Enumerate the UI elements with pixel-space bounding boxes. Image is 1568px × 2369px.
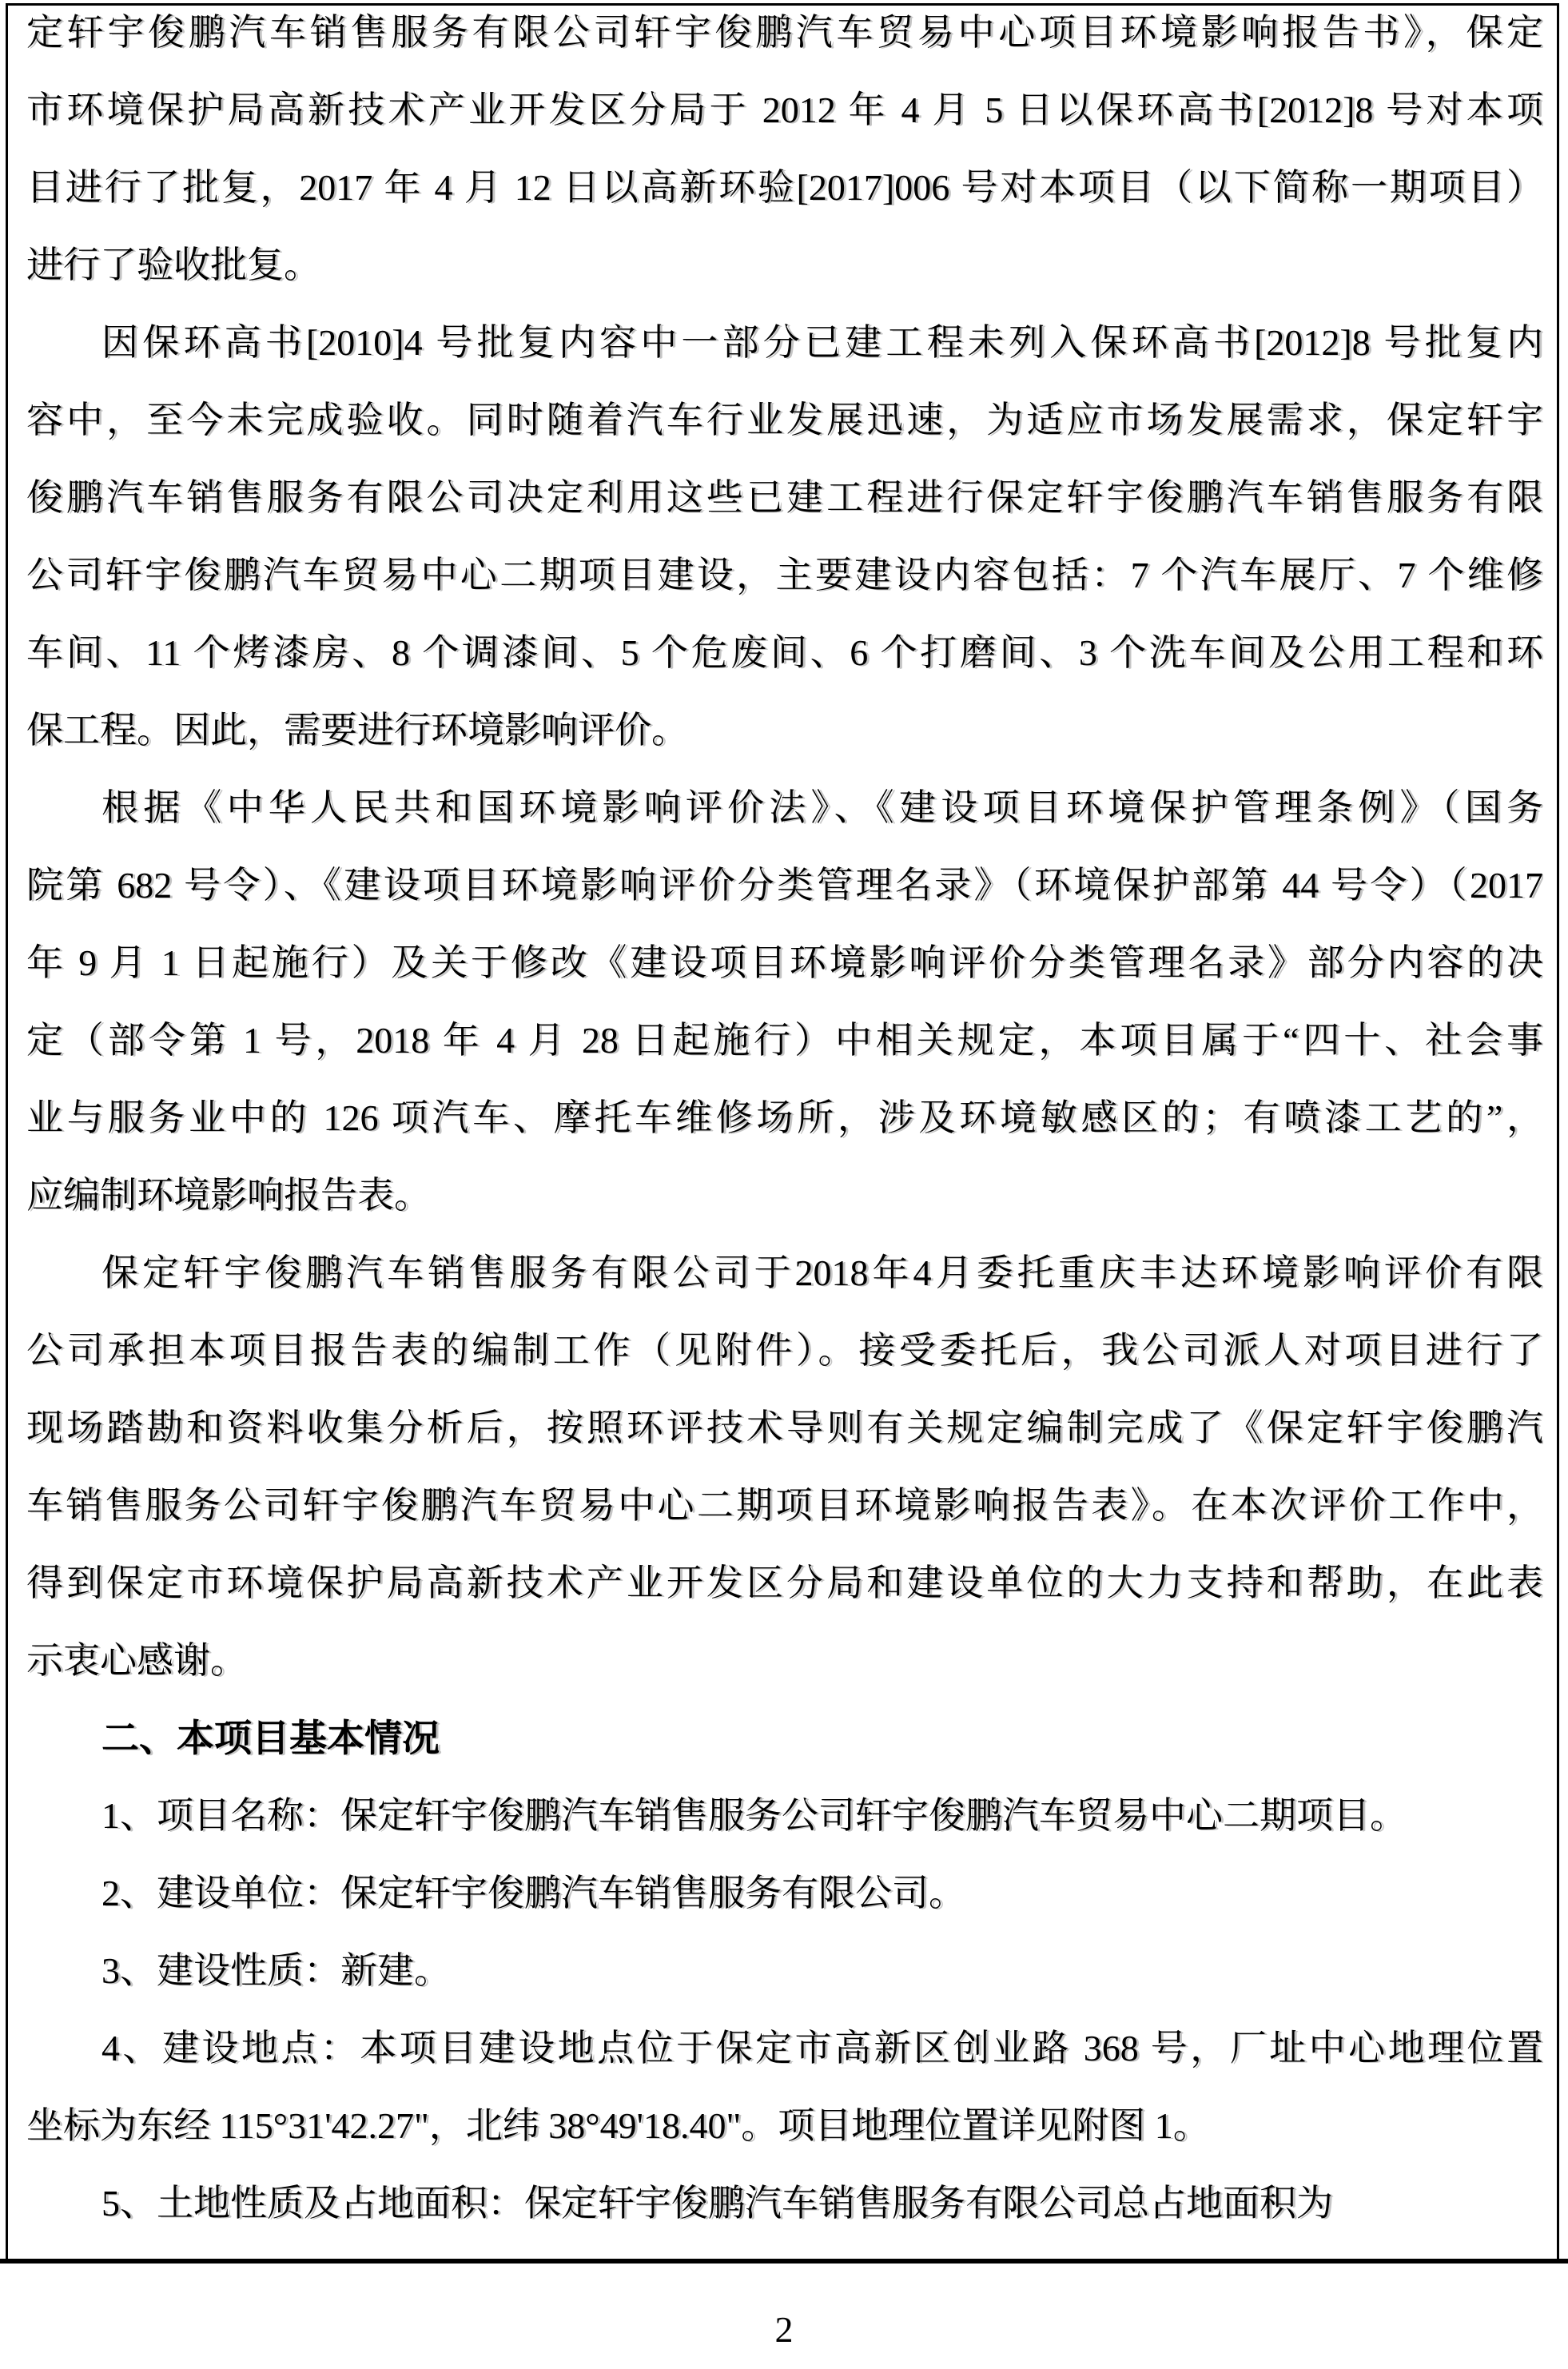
text-line: 定轩宇俊鹏汽车销售服务有限公司轩宇俊鹏汽车贸易中心项目环境影响报告书》，保定: [26, 0, 1543, 71]
text-line: 5、土地性质及占地面积：保定轩宇俊鹏汽车销售服务有限公司总占地面积为: [26, 2164, 1543, 2242]
text-line: 车销售服务公司轩宇俊鹏汽车贸易中心二期项目环境影响报告表》。在本次评价工作中，: [26, 1467, 1543, 1544]
text-line: 3、建设性质：新建。: [26, 1932, 1543, 2009]
text-line: 根据《中华人民共和国环境影响评价法》、《建设项目环境保护管理条例》（国务: [26, 769, 1543, 846]
text-line: 坐标为东经 115°31'42.27"，北纬 38°49'18.40"。项目地理…: [26, 2087, 1543, 2164]
text-line: 4、建设地点：本项目建设地点位于保定市高新区创业路 368 号，厂址中心地理位置: [26, 2009, 1543, 2087]
text-line: 得到保定市环境保护局高新技术产业开发区分局和建设单位的大力支持和帮助，在此表: [26, 1544, 1543, 1622]
text-line: 保定轩宇俊鹏汽车销售服务有限公司于2018年4月委托重庆丰达环境影响评价有限: [26, 1234, 1543, 1312]
text-line: 容中，至今未完成验收。同时随着汽车行业发展迅速，为适应市场发展需求，保定轩宇: [26, 381, 1543, 459]
text-line: 应编制环境影响报告表。: [26, 1157, 1543, 1234]
text-line: 业与服务业中的 126 项汽车、摩托车维修场所，涉及环境敏感区的；有喷漆工艺的”…: [26, 1079, 1543, 1157]
text-line: 公司承担本项目报告表的编制工作（见附件）。接受委托后，我公司派人对项目进行了: [26, 1312, 1543, 1389]
text-line: 示衷心感谢。: [26, 1622, 1543, 1699]
page-bottom-rule: [0, 2259, 1568, 2263]
text-line: 俊鹏汽车销售服务有限公司决定利用这些已建工程进行保定轩宇俊鹏汽车销售服务有限: [26, 459, 1543, 536]
text-line: 公司轩宇俊鹏汽车贸易中心二期项目建设，主要建设内容包括：7 个汽车展厅、7 个维…: [26, 536, 1543, 614]
section-heading: 二、本项目基本情况: [26, 1699, 1543, 1777]
page-body-text: 定轩宇俊鹏汽车销售服务有限公司轩宇俊鹏汽车贸易中心项目环境影响报告书》，保定 市…: [26, 0, 1543, 2242]
text-line: 进行了验收批复。: [26, 226, 1543, 304]
text-line: 院第 682 号令）、《建设项目环境影响评价分类管理名录》（环境保护部第 44 …: [26, 846, 1543, 924]
document-page: { "page": { "number": "2" }, "lines": [ …: [0, 0, 1568, 2369]
text-line: 目进行了批复，2017 年 4 月 12 日以高新环验[2017]006 号对本…: [26, 149, 1543, 226]
page-number: 2: [0, 2302, 1568, 2358]
text-line: 1、项目名称：保定轩宇俊鹏汽车销售服务公司轩宇俊鹏汽车贸易中心二期项目。: [26, 1777, 1543, 1854]
text-line: 定（部令第 1 号，2018 年 4 月 28 日起施行）中相关规定，本项目属于…: [26, 1001, 1543, 1079]
text-line: 2、建设单位：保定轩宇俊鹏汽车销售服务有限公司。: [26, 1854, 1543, 1932]
text-line: 因保环高书[2010]4 号批复内容中一部分已建工程未列入保环高书[2012]8…: [26, 304, 1543, 381]
text-line: 年 9 月 1 日起施行）及关于修改《建设项目环境影响评价分类管理名录》部分内容…: [26, 924, 1543, 1001]
text-line: 车间、11 个烤漆房、8 个调漆间、5 个危废间、6 个打磨间、3 个洗车间及公…: [26, 614, 1543, 691]
text-line: 现场踏勘和资料收集分析后，按照环评技术导则有关规定编制完成了《保定轩宇俊鹏汽: [26, 1389, 1543, 1467]
text-line: 保工程。因此，需要进行环境影响评价。: [26, 691, 1543, 769]
text-line: 市环境保护局高新技术产业开发区分局于 2012 年 4 月 5 日以保环高书[2…: [26, 71, 1543, 149]
